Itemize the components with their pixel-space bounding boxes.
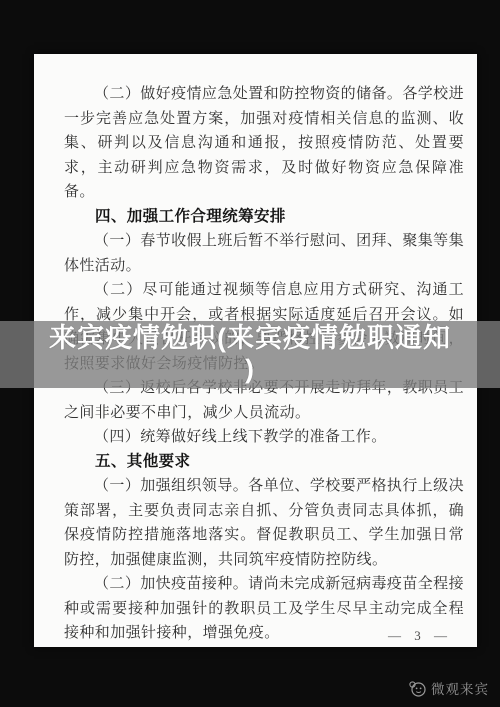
mascot-face-icon (408, 680, 427, 697)
paragraph: （一）春节收假上班后暂不举行慰问、团拜、聚集等集体性活动。 (64, 229, 464, 278)
watermark: 微观来宾 (408, 678, 489, 698)
paragraph: （四）统筹做好线上线下教学的准备工作。 (64, 425, 464, 450)
watermark-label: 微观来宾 (431, 678, 489, 698)
paragraph: （二）做好疫情应急处置和防控物资的储备。各学校进一步完善应急处置方案，加强对疫情… (64, 82, 464, 205)
page-number: — 3 — (388, 628, 449, 644)
overlay-title: 来宾疫情勉职(来宾疫情勉职通知 ) (0, 323, 500, 385)
overlay-title-line-1: 来宾疫情勉职(来宾疫情勉职通知 (49, 323, 451, 353)
title-overlay-banner: 来宾疫情勉职(来宾疫情勉职通知 ) (0, 321, 500, 388)
paragraph: （一）加强组织领导。各单位、学校要严格执行上级决策部署，主要负责同志亲自抓、分管… (64, 474, 464, 572)
section-heading: 四、加强工作合理统筹安排 (64, 205, 464, 230)
section-heading: 五、其他要求 (64, 450, 464, 475)
overlay-title-line-2: ) (245, 354, 255, 384)
photo-frame-background: （二）做好疫情应急处置和防控物资的储备。各学校进一步完善应急处置方案，加强对疫情… (0, 0, 500, 707)
